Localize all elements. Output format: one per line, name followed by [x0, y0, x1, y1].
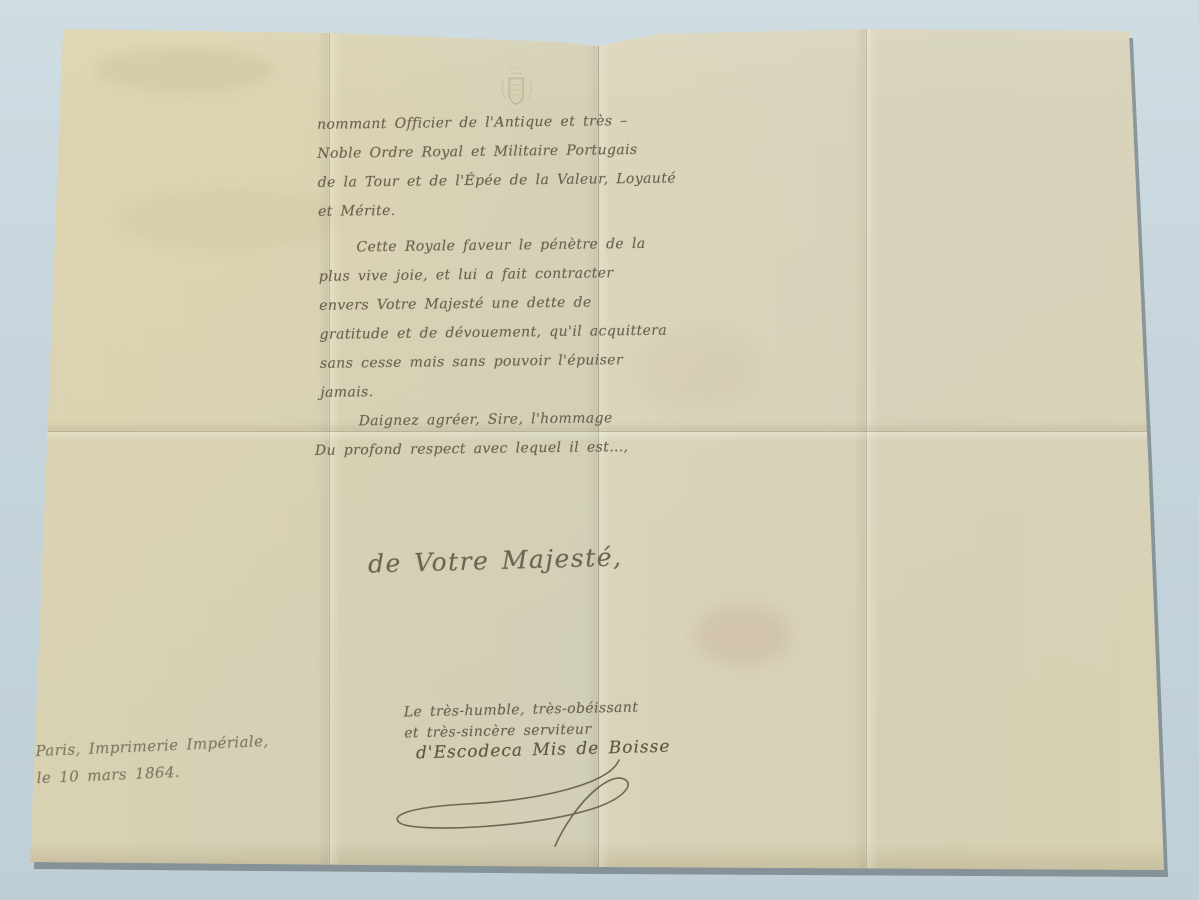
manuscript-line: jamais. [320, 375, 620, 408]
paper-stain [695, 605, 790, 665]
fold-crease-vertical-right [866, 28, 867, 868]
bleedthrough-smudge [120, 190, 340, 250]
manuscript-line: sans cesse mais sans pouvoir l'épuiser [320, 346, 620, 379]
salutation: de Votre Majesté, [368, 542, 623, 578]
letter-sheet: nommant Officier de l'Antique et très – … [0, 0, 1199, 900]
signature-flourish-icon [383, 756, 645, 848]
manuscript-line: Cette Royale faveur le pénètre de la [318, 230, 618, 263]
bleedthrough-smudge [95, 48, 275, 92]
imprint-note: Paris, Imprimerie Impériale, le 10 mars … [35, 728, 270, 792]
paper-stain [640, 330, 760, 410]
manuscript-line: plus vive joie, et lui a fait contracter [319, 259, 619, 292]
manuscript-line: Daignez agréer, Sire, l'hommage [320, 404, 620, 437]
letter-body: nommant Officier de l'Antique et très – … [317, 107, 621, 466]
manuscript-line: Du profond respect avec lequel il est…, [315, 433, 621, 466]
manuscript-line: Noble Ordre Royal et Militaire Portugais [317, 136, 617, 169]
photo-of-letter: nommant Officier de l'Antique et très – … [0, 0, 1199, 900]
manuscript-line: et Mérite. [318, 194, 618, 227]
manuscript-line: nommant Officier de l'Antique et très – [317, 107, 617, 140]
manuscript-line: de la Tour et de l'Épée de la Valeur, Lo… [318, 165, 618, 198]
manuscript-line: gratitude et de dévouement, qu'il acquit… [319, 317, 619, 350]
manuscript-line: envers Votre Majesté une dette de [319, 288, 619, 321]
